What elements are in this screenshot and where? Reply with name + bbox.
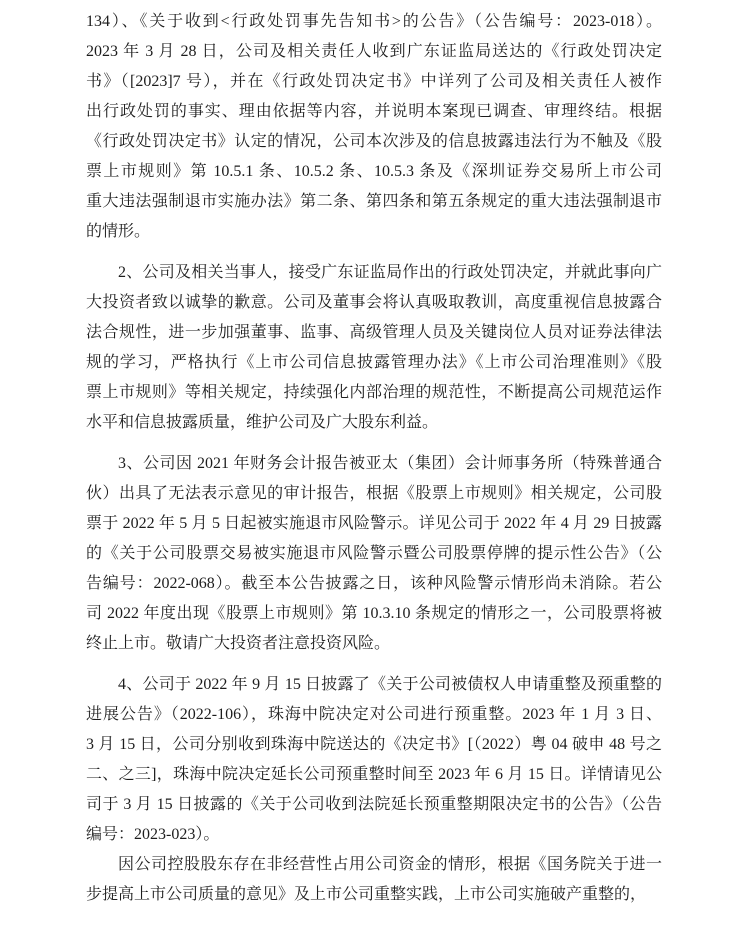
- text-line: 法合规性，进一步加强董事、监事、高级管理人员及关键岗位人员对证券法律法: [86, 318, 662, 348]
- text-line: 4、公司于 2022 年 9 月 15 日披露了《关于公司被债权人申请重整及预重…: [86, 670, 662, 700]
- text-line: 2023 年 3 月 28 日，公司及相关责任人收到广东证监局送达的《行政处罚决…: [86, 37, 662, 67]
- paragraph-1: 134）、《关于收到<行政处罚事先告知书>的公告》（公告编号：2023-018）…: [86, 7, 662, 247]
- text-line: 司 2022 年度出现《股票上市规则》第 10.3.10 条规定的情形之一，公司…: [86, 599, 662, 629]
- document-page: 134）、《关于收到<行政处罚事先告知书>的公告》（公告编号：2023-018）…: [0, 0, 745, 925]
- text-line: 3、公司因 2021 年财务会计报告被亚太（集团）会计师事务所（特殊普通合: [86, 449, 662, 479]
- text-line: 大投资者致以诚挚的歉意。公司及董事会将认真吸取教训，高度重视信息披露合: [86, 288, 662, 318]
- text-line: 司于 3 月 15 日披露的《关于公司收到法院延长预重整期限决定书的公告》（公告: [86, 790, 662, 820]
- text-line: 票上市规则》第 10.5.1 条、10.5.2 条、10.5.3 条及《深圳证券…: [86, 157, 662, 187]
- text-line: 步提高上市公司质量的意见》及上市公司重整实践，上市公司实施破产重整的，: [86, 880, 662, 910]
- text-line: 编号：2023-023）。: [86, 820, 662, 850]
- paragraph-4: 4、公司于 2022 年 9 月 15 日披露了《关于公司被债权人申请重整及预重…: [86, 670, 662, 850]
- text-line: 终止上市。敬请广大投资者注意投资风险。: [86, 629, 662, 659]
- text-line: 出行政处罚的事实、理由依据等内容，并说明本案现已调查、审理终结。根据: [86, 97, 662, 127]
- text-line: 告编号：2022-068）。截至本公告披露之日，该种风险警示情形尚未消除。若公: [86, 569, 662, 599]
- text-line: 3 月 15 日，公司分别收到珠海中院送达的《决定书》[（2022）粤 04 破…: [86, 730, 662, 760]
- text-line: 票于 2022 年 5 月 5 日起被实施退市风险警示。详见公司于 2022 年…: [86, 509, 662, 539]
- text-line: 《行政处罚决定书》认定的情况，公司本次涉及的信息披露违法行为不触及《股: [86, 127, 662, 157]
- document-content: 134）、《关于收到<行政处罚事先告知书>的公告》（公告编号：2023-018）…: [86, 7, 662, 910]
- paragraph-5: 因公司控股股东存在非经营性占用公司资金的情形，根据《国务院关于进一步提高上市公司…: [86, 850, 662, 910]
- text-line: 伙）出具了无法表示意见的审计报告，根据《股票上市规则》相关规定，公司股: [86, 479, 662, 509]
- text-line: 书》（[2023]7 号），并在《行政处罚决定书》中详列了公司及相关责任人被作: [86, 67, 662, 97]
- text-line: 重大违法强制退市实施办法》第二条、第四条和第五条规定的重大违法强制退市: [86, 187, 662, 217]
- text-line: 2、公司及相关当事人，接受广东证监局作出的行政处罚决定，并就此事向广: [86, 258, 662, 288]
- text-line: 二、之三]，珠海中院决定延长公司预重整时间至 2023 年 6 月 15 日。详…: [86, 760, 662, 790]
- paragraph-3: 3、公司因 2021 年财务会计报告被亚太（集团）会计师事务所（特殊普通合伙）出…: [86, 449, 662, 659]
- text-line: 的《关于公司股票交易被实施退市风险警示暨公司股票停牌的提示性公告》（公: [86, 539, 662, 569]
- paragraph-2: 2、公司及相关当事人，接受广东证监局作出的行政处罚决定，并就此事向广大投资者致以…: [86, 258, 662, 438]
- text-line: 票上市规则》等相关规定，持续强化内部治理的规范性，不断提高公司规范运作: [86, 378, 662, 408]
- text-line: 进展公告》（2022-106），珠海中院决定对公司进行预重整。2023 年 1 …: [86, 700, 662, 730]
- text-line: 因公司控股股东存在非经营性占用公司资金的情形，根据《国务院关于进一: [86, 850, 662, 880]
- text-line: 的情形。: [86, 217, 662, 247]
- text-line: 规的学习，严格执行《上市公司信息披露管理办法》《上市公司治理准则》《股: [86, 348, 662, 378]
- text-line: 134）、《关于收到<行政处罚事先告知书>的公告》（公告编号：2023-018）…: [86, 7, 662, 37]
- text-line: 水平和信息披露质量，维护公司及广大股东利益。: [86, 408, 662, 438]
